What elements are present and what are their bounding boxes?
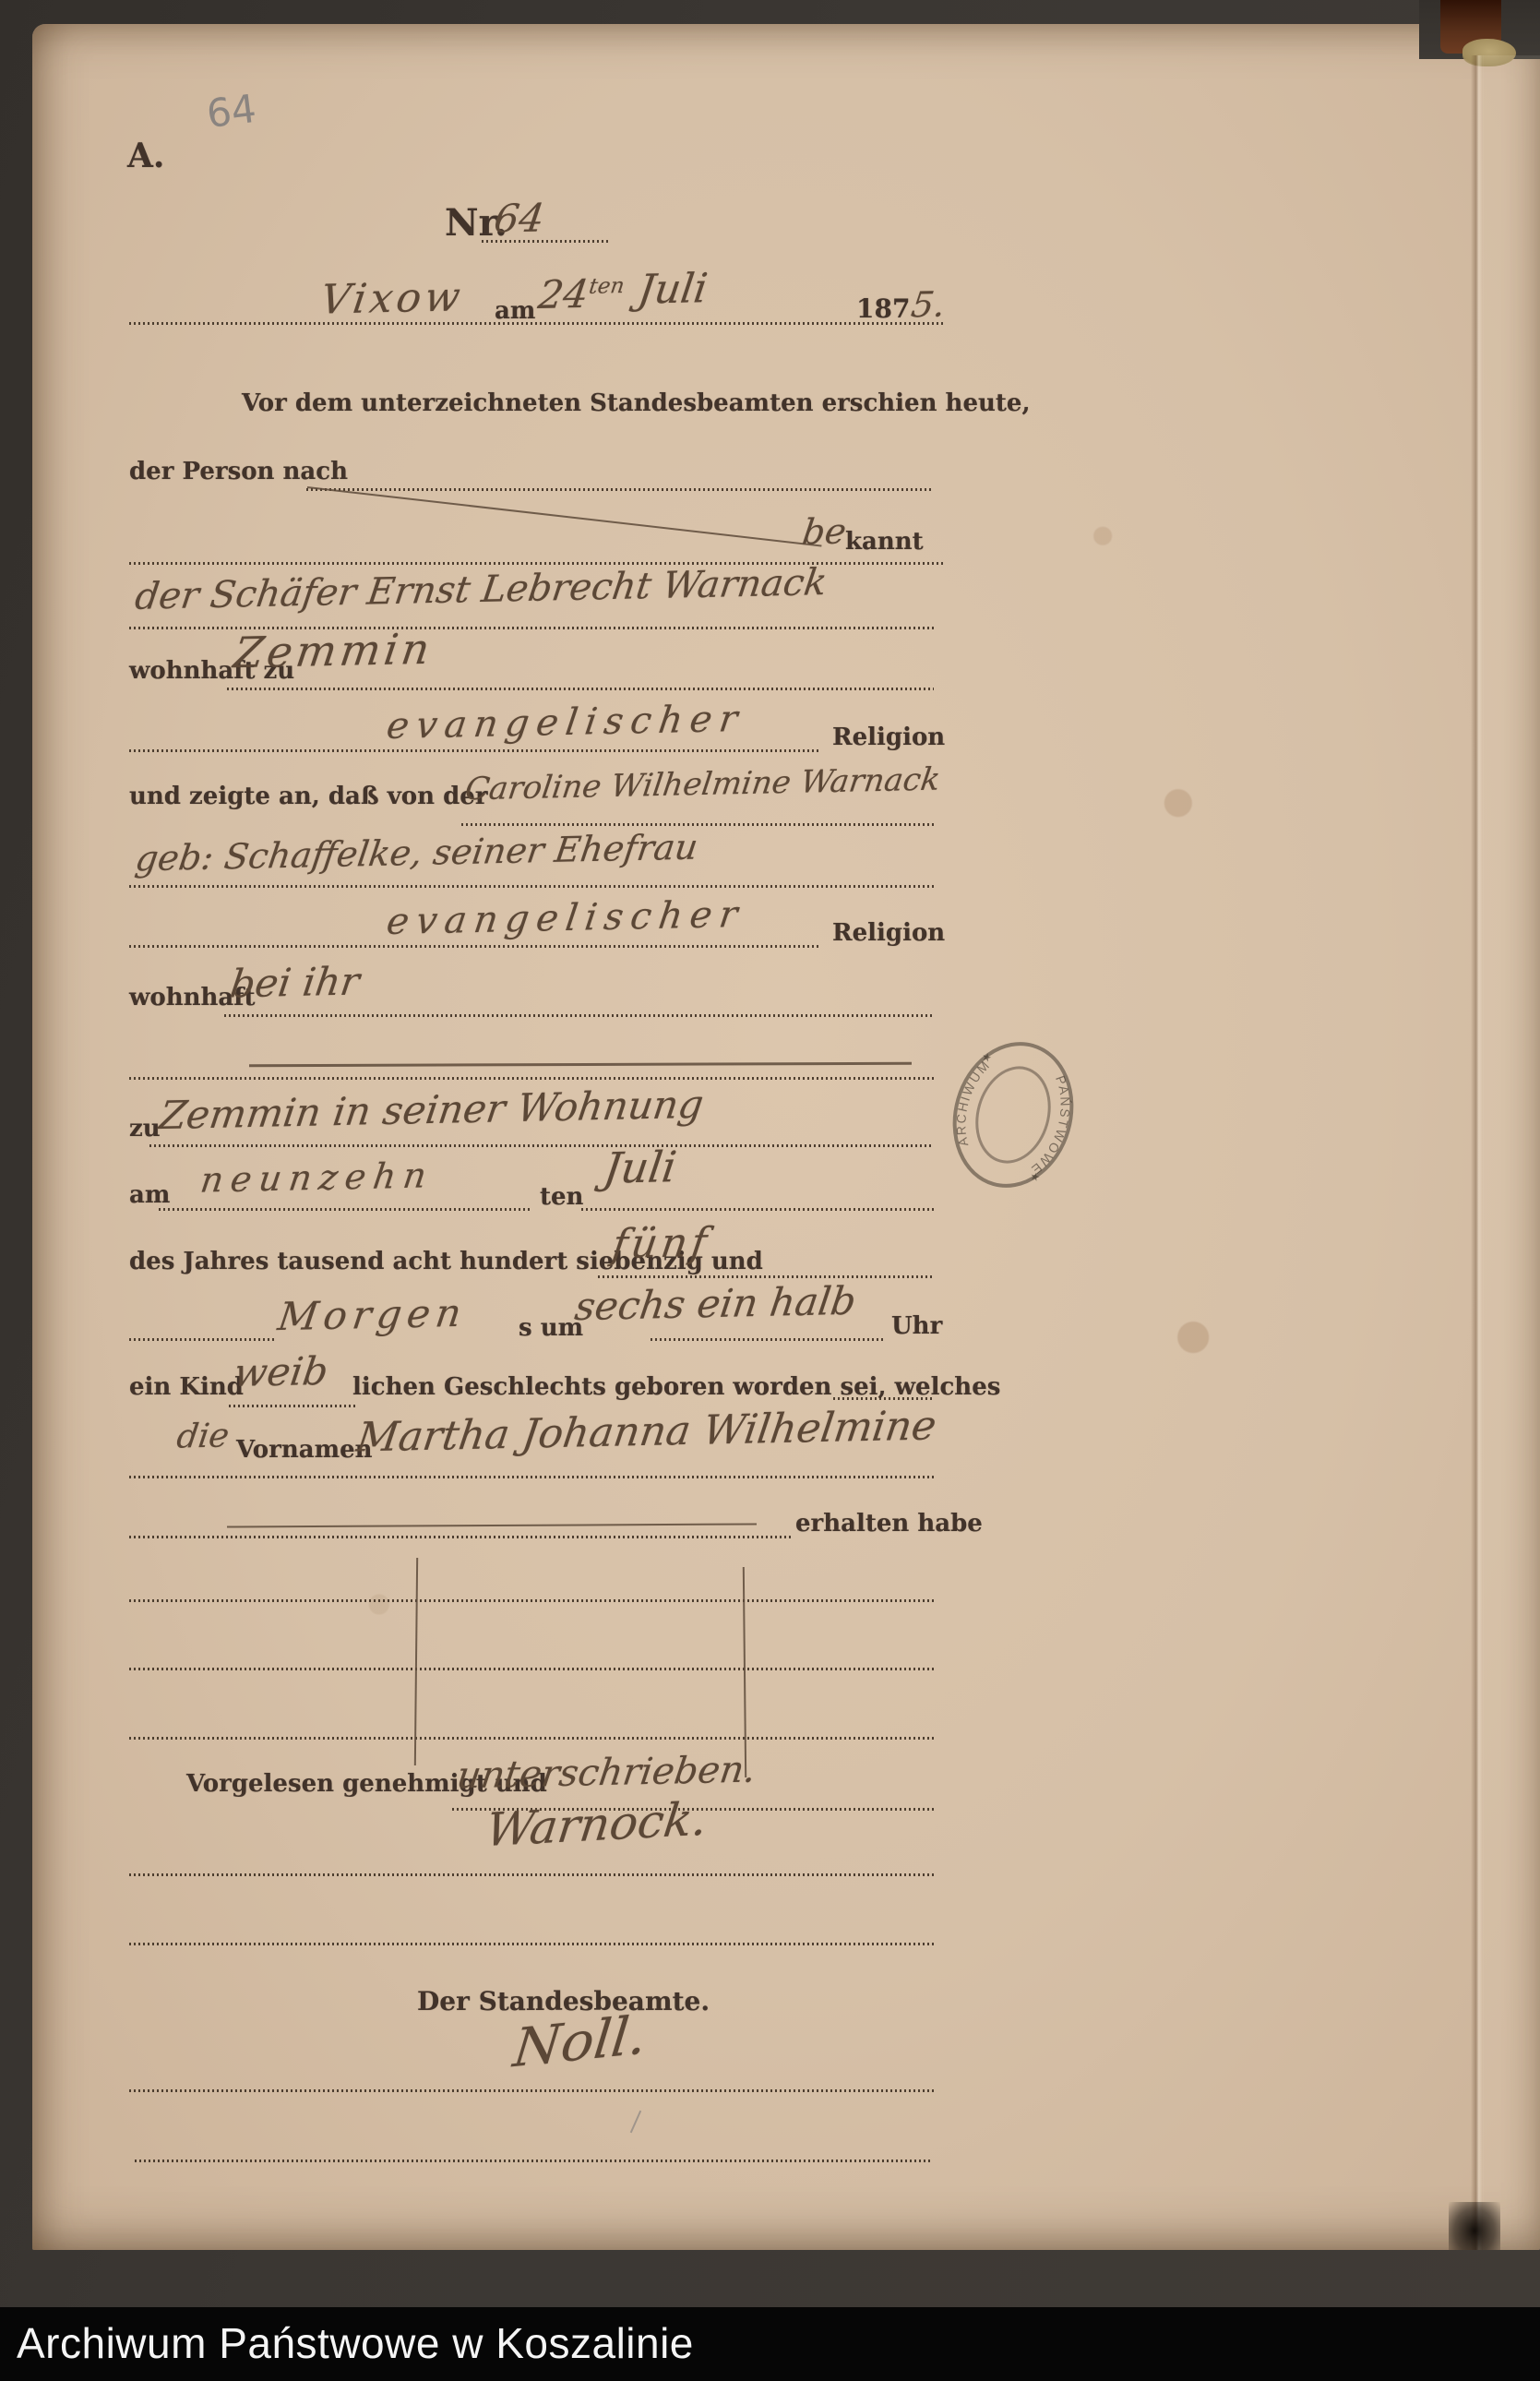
residence-value: Zemmin xyxy=(231,624,436,677)
dateline-day-suffix: ten xyxy=(588,274,627,299)
religion-father-label: Religion xyxy=(832,724,945,751)
rule-line xyxy=(135,2160,932,2162)
rule-line xyxy=(129,885,934,888)
rule-line xyxy=(581,1208,934,1211)
birth-date-am-label: am xyxy=(129,1181,170,1209)
rule-line xyxy=(129,1873,934,1876)
dateline-month: Juli xyxy=(635,265,710,314)
religion-father-value: evangelischer xyxy=(384,698,747,748)
names-printed-suffix: erhalten habe xyxy=(795,1510,983,1537)
identity-prefix: der Person nach xyxy=(129,458,348,485)
rule-line xyxy=(129,1536,792,1538)
rule-line xyxy=(306,488,934,491)
rule-line xyxy=(651,1338,884,1341)
dateline-place: Vixow xyxy=(317,273,467,323)
rule-line xyxy=(129,749,819,752)
religion-mother-value: evangelischer xyxy=(384,893,747,943)
birth-time-daypart: Morgen xyxy=(275,1290,470,1339)
rule-line xyxy=(129,1077,934,1080)
rule-line xyxy=(129,2089,934,2092)
birth-year-value: fünf xyxy=(609,1219,713,1268)
dateline-day: 24ten xyxy=(535,270,626,317)
birth-date-ten-label: ten xyxy=(540,1183,583,1211)
archive-stamp: PAŃSTWOWE ARCHIWUM ★ ★ xyxy=(930,1032,1096,1207)
dateline-am-label: am xyxy=(495,297,535,325)
dateline-year-printed: 187 xyxy=(856,293,910,324)
archive-caption-text: Archiwum Państwowe w Koszalinie xyxy=(17,2318,694,2368)
religion-mother-label: Religion xyxy=(832,919,945,947)
page-fold-crease xyxy=(1471,55,1484,2250)
rule-line xyxy=(159,1208,531,1211)
birth-day-value: neunzehn xyxy=(198,1155,436,1200)
archive-caption-bar: Archiwum Państwowe w Koszalinie xyxy=(0,2307,1540,2381)
rule-line xyxy=(129,1737,934,1740)
mother-residence-value: bei ihr xyxy=(227,959,362,1007)
child-printed-prefix: ein Kind xyxy=(129,1373,244,1401)
names-printed-label: Vornamen xyxy=(236,1436,373,1464)
rule-line xyxy=(129,945,819,948)
rule-line xyxy=(461,823,937,826)
svg-text:ARCHIWUM: ARCHIWUM xyxy=(944,1053,995,1151)
dateline-year-written: 5. xyxy=(909,284,948,326)
child-gender-value: weib xyxy=(231,1348,330,1395)
birth-time-uhr-label: Uhr xyxy=(891,1312,942,1340)
gutter-shadow xyxy=(1449,2202,1500,2250)
intro-text: Vor dem unterzeichneten Standesbeamten e… xyxy=(242,389,1031,417)
document-page xyxy=(32,24,1540,2250)
rule-line xyxy=(129,1476,934,1478)
identity-handwritten: be xyxy=(800,511,849,553)
rule-line xyxy=(149,1144,934,1147)
record-number-value: 64 xyxy=(492,195,547,241)
pencil-folio-number: 64 xyxy=(204,86,258,137)
rule-line xyxy=(224,1014,934,1017)
scanned-register-photograph: A. 64 Nr. 64 Vixow am 24ten Juli 187 5. … xyxy=(0,0,1540,2381)
closing-handwritten: unterschrieben. xyxy=(454,1749,758,1798)
birth-time-value: sechs ein halb xyxy=(572,1278,859,1329)
rule-line xyxy=(129,1599,934,1602)
stamp-text-top: PAŃSTWOWE xyxy=(1025,1071,1084,1183)
birth-place-label: zu xyxy=(129,1115,161,1143)
identity-printed-part: kannt xyxy=(845,528,924,556)
next-page-edge xyxy=(1483,55,1540,2250)
birth-month-value: Juli xyxy=(601,1142,679,1193)
rule-line xyxy=(129,322,946,325)
names-article: die xyxy=(174,1417,232,1455)
stamp-star-icon: ★ xyxy=(1029,1169,1042,1184)
form-corner-letter: A. xyxy=(127,137,164,175)
rule-line xyxy=(833,1397,934,1400)
mother-printed-prefix: und zeigte an, daß von der xyxy=(129,783,488,810)
stamp-text-bottom: ARCHIWUM xyxy=(944,1053,995,1151)
rule-line xyxy=(129,1943,934,1945)
rule-line xyxy=(229,1405,358,1407)
stamp-star-icon: ★ xyxy=(980,1050,993,1065)
dateline-day-number: 24 xyxy=(535,271,591,317)
rule-line xyxy=(129,1338,277,1341)
rule-line xyxy=(482,240,609,243)
rule-line xyxy=(227,688,934,690)
rule-line xyxy=(598,1275,934,1278)
rule-line xyxy=(129,1668,934,1670)
svg-text:PAŃSTWOWE: PAŃSTWOWE xyxy=(1025,1071,1084,1183)
